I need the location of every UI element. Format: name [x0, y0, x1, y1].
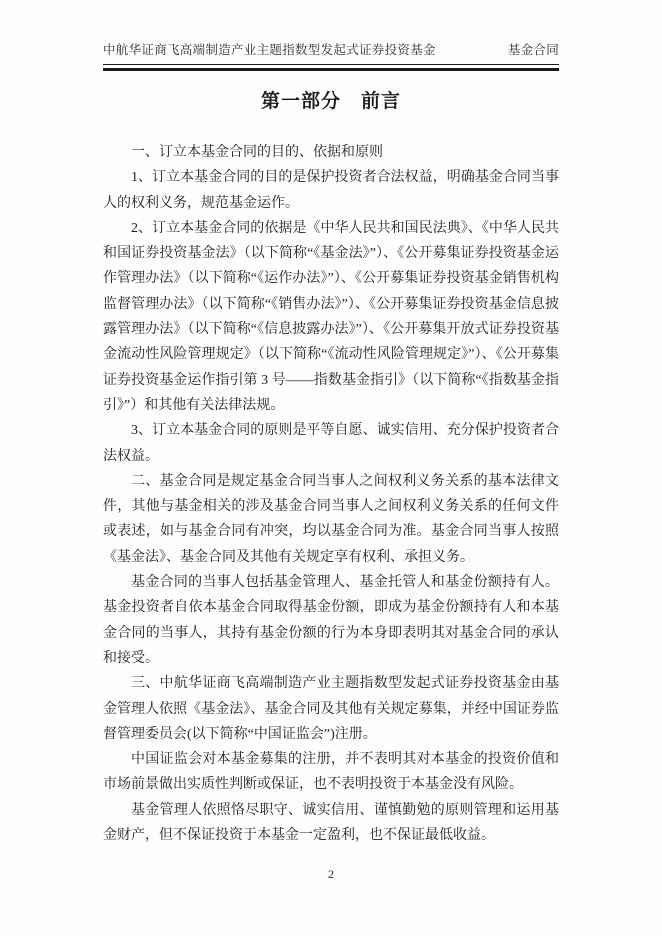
header-divider	[103, 64, 559, 71]
paragraph: 基金管理人依照恪尽职守、诚实信用、谨慎勤勉的原则管理和运用基金财产，但不保证投资…	[103, 798, 559, 849]
header-doc-type: 基金合同	[508, 40, 559, 58]
paragraph: 二、基金合同是规定基金合同当事人之间权利义务关系的基本法律文件，其他与基金相关的…	[103, 469, 559, 570]
paragraph: 3、订立本基金合同的原则是平等自愿、诚实信用、充分保护投资者合法权益。	[103, 418, 559, 469]
page-number: 2	[0, 867, 662, 882]
header-fund-name: 中航华证商飞高端制造产业主题指数型发起式证券投资基金	[103, 40, 436, 58]
paragraph: 2、订立本基金合同的依据是《中华人民共和国民法典》、《中华人民共和国证券投资基金…	[103, 216, 559, 418]
paragraph: 中国证监会对本基金募集的注册，并不表明其对本基金的投资价值和市场前景做出实质性判…	[103, 747, 559, 798]
page-title: 第一部分 前言	[0, 86, 662, 113]
page-header: 中航华证商飞高端制造产业主题指数型发起式证券投资基金 基金合同	[103, 40, 559, 58]
paragraph: 1、订立本基金合同的目的是保护投资者合法权益，明确基金合同当事人的权利义务，规范…	[103, 165, 559, 216]
paragraph: 基金合同的当事人包括基金管理人、基金托管人和基金份额持有人。基金投资者自依本基金…	[103, 570, 559, 671]
document-page: 中航华证商飞高端制造产业主题指数型发起式证券投资基金 基金合同 第一部分 前言 …	[0, 0, 662, 936]
section-heading: 一、订立本基金合同的目的、依据和原则	[103, 140, 559, 165]
document-body: 一、订立本基金合同的目的、依据和原则 1、订立本基金合同的目的是保护投资者合法权…	[103, 140, 559, 848]
paragraph: 三、中航华证商飞高端制造产业主题指数型发起式证券投资基金由基金管理人依照《基金法…	[103, 671, 559, 747]
